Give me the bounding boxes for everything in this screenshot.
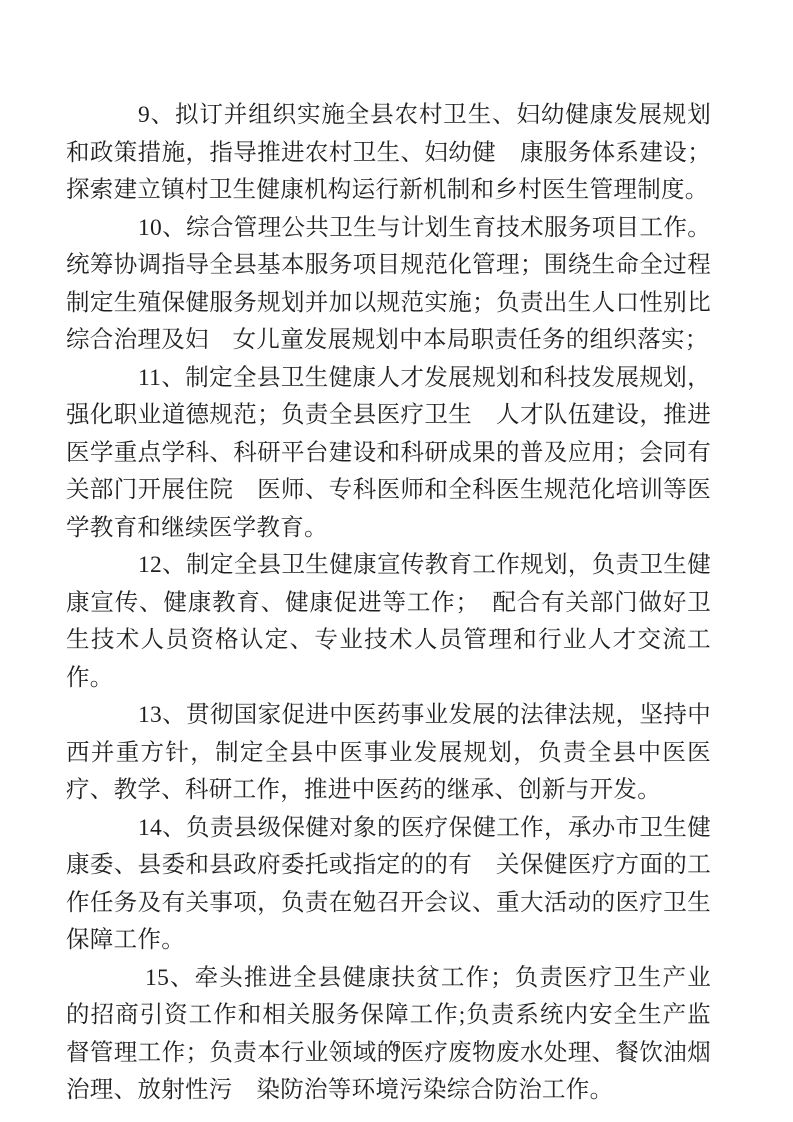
paragraph-item-13: 13、贯彻国家促进中医药事业发展的法律法规，坚持中西并重方针，制定全县中医事业发… (66, 697, 711, 810)
paragraph-item-12: 12、制定全县卫生健康宣传教育工作规划，负责卫生健康宣传、健康教育、健康促进等工… (66, 547, 711, 697)
paragraph-item-10: 10、综合管理公共卫生与计划生育技术服务项目工作。统筹协调指导全县基本服务项目规… (66, 210, 711, 360)
page-number: 6 (392, 1037, 401, 1056)
paragraph-item-11: 11、制定全县卫生健康人才发展规划和科技发展规划，强化职业道德规范；负责全县医疗… (66, 360, 711, 548)
document-body: 9、拟订并组织实施全县农村卫生、妇幼健康发展规划和政策措施，指导推进农村卫生、妇… (66, 0, 711, 1110)
page-footer: -6- (0, 1036, 793, 1058)
footer-dash-right: - (410, 1037, 416, 1056)
paragraph-item-9: 9、拟订并组织实施全县农村卫生、妇幼健康发展规划和政策措施，指导推进农村卫生、妇… (66, 97, 711, 210)
footer-dash-left: - (378, 1037, 384, 1056)
paragraph-item-15: 15、牵头推进全县健康扶贫工作；负责医疗卫生产业的招商引资工作和相关服务保障工作… (66, 960, 711, 1110)
paragraph-item-14: 14、负责县级保健对象的医疗保健工作，承办市卫生健康委、县委和县政府委托或指定的… (66, 810, 711, 960)
document-page: 9、拟订并组织实施全县农村卫生、妇幼健康发展规划和政策措施，指导推进农村卫生、妇… (0, 0, 793, 1122)
